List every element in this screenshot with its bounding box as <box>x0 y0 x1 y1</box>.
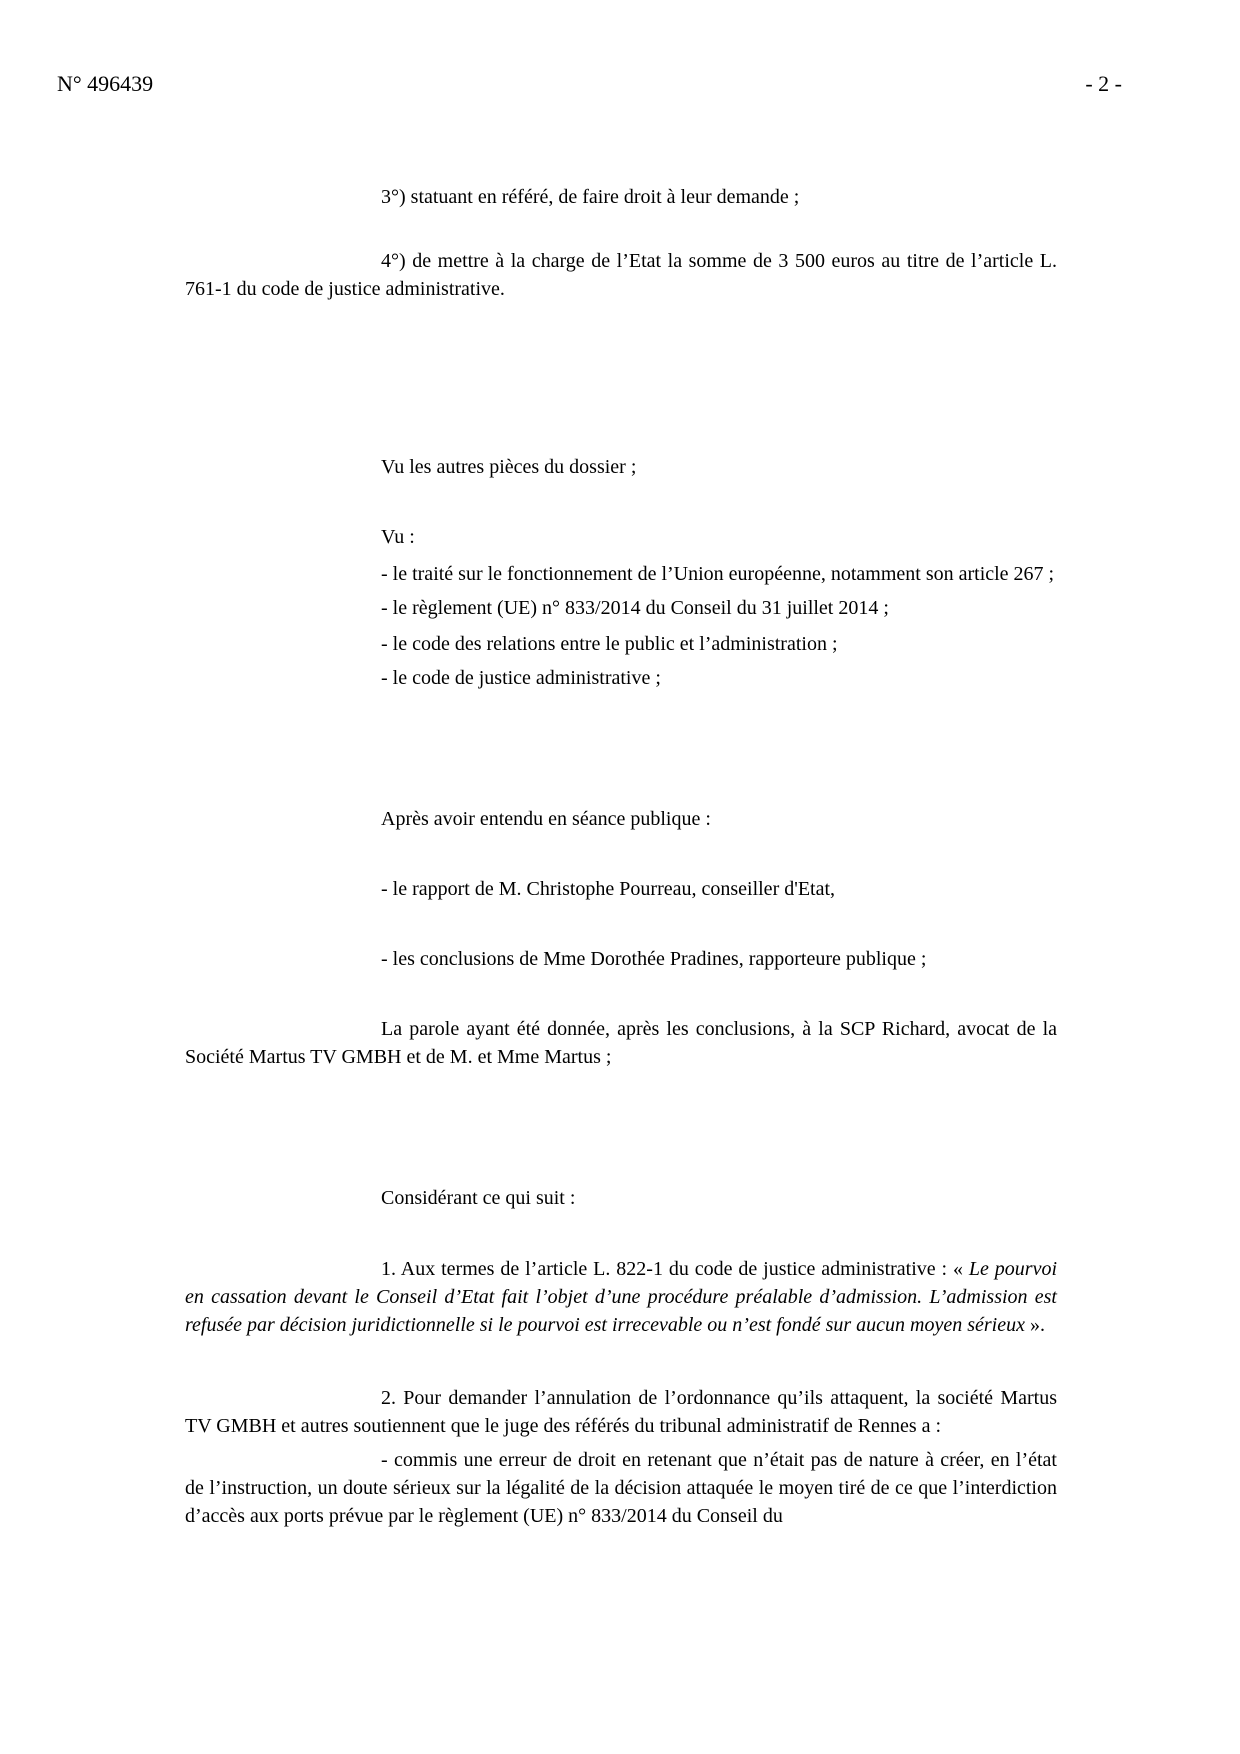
point-2-moyen: - commis une erreur de droit en retenant… <box>185 1446 1057 1530</box>
visa-heading: Vu : <box>185 523 1057 551</box>
point-1: 1. Aux termes de l’article L. 822-1 du c… <box>185 1255 1057 1339</box>
audience-parole: La parole ayant été donnée, après les co… <box>185 1015 1057 1071</box>
page-header: N° 496439 - 2 - <box>57 70 1122 98</box>
audience-conclusions: - les conclusions de Mme Dorothée Pradin… <box>185 945 1057 973</box>
visa-relations: - le code des relations entre le public … <box>185 630 1057 658</box>
case-number: N° 496439 <box>57 70 153 98</box>
point-2: 2. Pour demander l’annulation de l’ordon… <box>185 1384 1057 1440</box>
visa-justice: - le code de justice administrative ; <box>185 664 1057 692</box>
claim-item-3: 3°) statuant en référé, de faire droit à… <box>185 183 1057 211</box>
claim-item-4: 4°) de mettre à la charge de l’Etat la s… <box>185 247 1057 303</box>
visa-pieces: Vu les autres pièces du dossier ; <box>185 453 1057 481</box>
document-page: N° 496439 - 2 - 3°) statuant en référé, … <box>0 0 1240 1754</box>
audience-heading: Après avoir entendu en séance publique : <box>185 805 1057 833</box>
visa-traite: - le traité sur le fonctionnement de l’U… <box>185 560 1057 588</box>
point-1-lead: 1. Aux termes de l’article L. 822-1 du c… <box>381 1258 969 1280</box>
document-body: 3°) statuant en référé, de faire droit à… <box>185 183 1057 1530</box>
audience-rapport: - le rapport de M. Christophe Pourreau, … <box>185 875 1057 903</box>
point-1-tail: ». <box>1025 1314 1045 1336</box>
page-number: - 2 - <box>1085 70 1122 98</box>
considerant-heading: Considérant ce qui suit : <box>185 1184 1057 1212</box>
visa-reglement: - le règlement (UE) n° 833/2014 du Conse… <box>185 594 1057 622</box>
